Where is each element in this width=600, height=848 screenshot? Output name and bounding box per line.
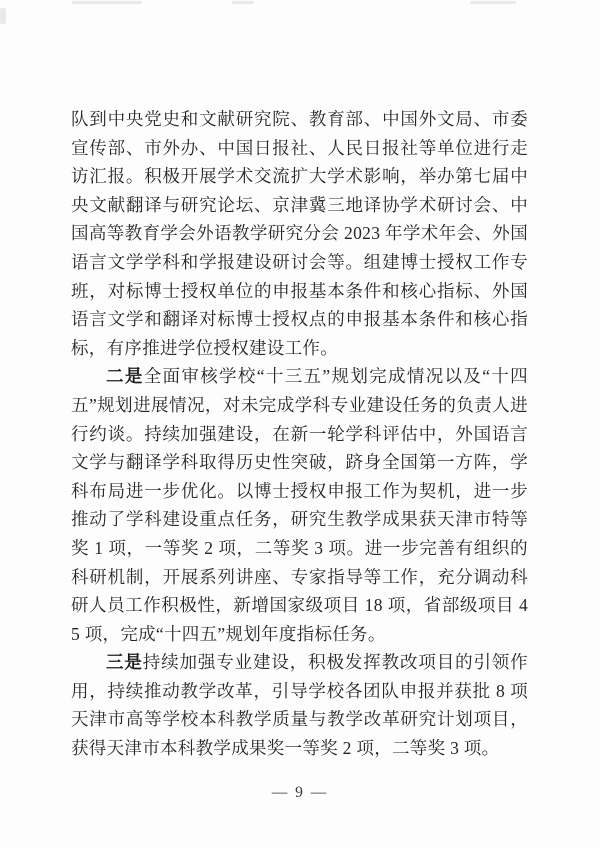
scan-artifact — [0, 8, 6, 24]
document-page: 队到中央党史和文献研究院、教育部、中国外文局、市委宣传部、市外办、中国日报社、人… — [0, 0, 600, 848]
body-paragraph-second: 二是全面审核学校“十三五”规划完成情况以及“十四五”规划进展情况，对未完成学科专… — [71, 362, 528, 648]
body-paragraph-continuation: 队到中央党史和文献研究院、教育部、中国外文局、市委宣传部、市外办、中国日报社、人… — [71, 105, 528, 362]
paragraph-lead: 三是 — [106, 652, 143, 672]
paragraph-text: 队到中央党史和文献研究院、教育部、中国外文局、市委宣传部、市外办、中国日报社、人… — [71, 109, 528, 358]
scan-artifact — [232, 1, 254, 4]
scan-artifact — [72, 1, 142, 4]
body-paragraph-third: 三是持续加强专业建设，积极发挥教改项目的引领作用，持续推动教学改革，引导学校各团… — [71, 648, 528, 762]
document-body: 队到中央党史和文献研究院、教育部、中国外文局、市委宣传部、市外办、中国日报社、人… — [71, 105, 528, 763]
page-number: — 9 — — [0, 784, 600, 802]
scan-artifact — [470, 1, 516, 4]
paragraph-lead: 二是 — [106, 366, 144, 386]
paragraph-text: 全面审核学校“十三五”规划完成情况以及“十四五”规划进展情况，对未完成学科专业建… — [71, 366, 528, 643]
